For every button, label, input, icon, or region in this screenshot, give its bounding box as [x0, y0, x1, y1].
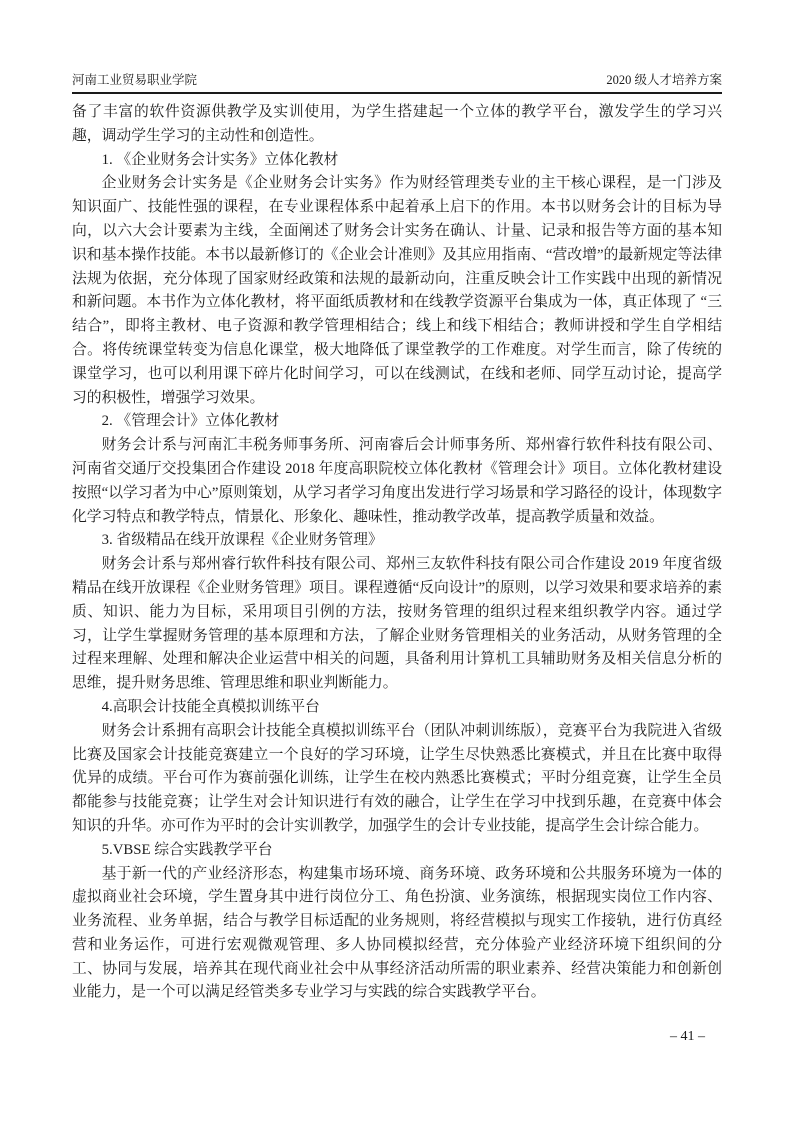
section-heading: 5.VBSE 综合实践教学平台: [72, 839, 722, 863]
section-heading: 3. 省级精品在线开放课程《企业财务管理》: [72, 529, 722, 553]
header-doc-title: 2020 级人才培养方案: [606, 72, 722, 88]
paragraph: 企业财务会计实务是《企业财务会计实务》作为财经管理类专业的主干核心课程，是一门涉…: [72, 172, 722, 410]
section-heading: 2. 《管理会计》立体化教材: [72, 410, 722, 434]
document-body: 备了丰富的软件资源供教学及实训使用，为学生搭建起一个立体的教学平台，激发学生的学…: [72, 101, 722, 1005]
paragraph: 财务会计系与河南汇丰税务师事务所、河南睿后会计师事务所、郑州睿行软件科技有限公司…: [72, 434, 722, 529]
paragraph: 财务会计系拥有高职会计技能全真模拟训练平台（团队冲刺训练版），竞赛平台为我院进入…: [72, 720, 722, 839]
page-footer: – 41 –: [670, 1028, 705, 1046]
section-heading: 4.高职会计技能全真模拟训练平台: [72, 696, 722, 720]
paragraph: 备了丰富的软件资源供教学及实训使用，为学生搭建起一个立体的教学平台，激发学生的学…: [72, 101, 722, 149]
section-heading: 1. 《企业财务会计实务》立体化教材: [72, 149, 722, 173]
page-number: – 41 –: [670, 1029, 705, 1044]
paragraph: 财务会计系与郑州睿行软件科技有限公司、郑州三友软件科技有限公司合作建设 2019…: [72, 553, 722, 696]
page-header: 河南工业贸易职业学院 2020 级人才培养方案: [72, 72, 722, 94]
document-page: 河南工业贸易职业学院 2020 级人才培养方案 备了丰富的软件资源供教学及实训使…: [0, 0, 793, 1122]
header-school-name: 河南工业贸易职业学院: [72, 72, 197, 88]
paragraph: 基于新一代的产业经济形态，构建集市场环境、商务环境、政务环境和公共服务环境为一体…: [72, 863, 722, 1006]
